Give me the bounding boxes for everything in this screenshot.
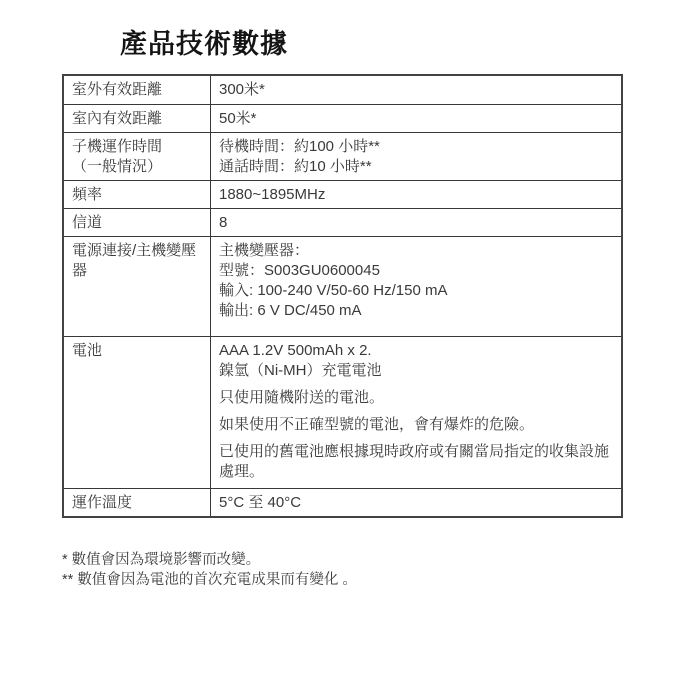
value-paragraph: 如果使用不正確型號的電池，會有爆炸的危險。 — [219, 415, 613, 435]
table-row: 室外有效距離300米* — [64, 76, 621, 104]
row-label: 頻率 — [64, 181, 211, 208]
table-row: 電源連接/主機變壓器主機變壓器： 型號：S003GU0600045 輸入: 10… — [64, 236, 621, 336]
value-paragraph: 8 — [219, 213, 613, 233]
table-row: 室內有效距離50米* — [64, 104, 621, 132]
row-label: 室外有效距離 — [64, 76, 211, 104]
row-label: 運作溫度 — [64, 489, 211, 516]
value-paragraph: 主機變壓器： 型號：S003GU0600045 輸入: 100-240 V/50… — [219, 241, 613, 321]
value-paragraph: 待機時間：約100 小時** 通話時間：約10 小時** — [219, 137, 613, 177]
row-value: 主機變壓器： 型號：S003GU0600045 輸入: 100-240 V/50… — [211, 237, 621, 336]
row-label: 室內有效距離 — [64, 105, 211, 132]
row-value: 1880~1895MHz — [211, 181, 621, 208]
table-row: 頻率1880~1895MHz — [64, 180, 621, 208]
value-paragraph: 已使用的舊電池應根據現時政府或有關當局指定的收集設施處理。 — [219, 442, 613, 482]
table-row: 信道8 — [64, 208, 621, 236]
row-value: 8 — [211, 209, 621, 236]
row-label: 電源連接/主機變壓器 — [64, 237, 211, 336]
document-page: 產品技術數據 室外有效距離300米*室內有效距離50米*子機運作時間 （一般情況… — [0, 0, 700, 700]
row-value: 待機時間：約100 小時** 通話時間：約10 小時** — [211, 133, 621, 180]
footnote-1: * 數值會因為環境影響而改變。 — [62, 550, 357, 570]
value-paragraph: 1880~1895MHz — [219, 185, 613, 205]
spec-table-body: 室外有效距離300米*室內有效距離50米*子機運作時間 （一般情況）待機時間：約… — [64, 76, 621, 516]
row-value: 50米* — [211, 105, 621, 132]
footnote-2: ** 數值會因為電池的首次充電成果而有變化 。 — [62, 570, 357, 590]
row-label: 信道 — [64, 209, 211, 236]
row-value: 300米* — [211, 76, 621, 104]
value-paragraph: 300米* — [219, 80, 613, 100]
value-paragraph: 50米* — [219, 109, 613, 129]
value-paragraph: 只使用隨機附送的電池。 — [219, 388, 613, 408]
table-row: 子機運作時間 （一般情況）待機時間：約100 小時** 通話時間：約10 小時*… — [64, 132, 621, 180]
page-title: 產品技術數據 — [120, 27, 288, 61]
footnotes: * 數值會因為環境影響而改變。 ** 數值會因為電池的首次充電成果而有變化 。 — [62, 550, 357, 590]
table-row: 運作溫度5°C 至 40°C — [64, 488, 621, 516]
table-row: 電池AAA 1.2V 500mAh x 2. 鎳氫（Ni-MH）充電電池只使用隨… — [64, 336, 621, 488]
value-paragraph: 5°C 至 40°C — [219, 493, 613, 513]
row-label: 電池 — [64, 337, 211, 488]
value-paragraph: AAA 1.2V 500mAh x 2. 鎳氫（Ni-MH）充電電池 — [219, 341, 613, 381]
row-value: AAA 1.2V 500mAh x 2. 鎳氫（Ni-MH）充電電池只使用隨機附… — [211, 337, 621, 488]
row-value: 5°C 至 40°C — [211, 489, 621, 516]
row-label: 子機運作時間 （一般情況） — [64, 133, 211, 180]
spec-table: 室外有效距離300米*室內有效距離50米*子機運作時間 （一般情況）待機時間：約… — [62, 74, 623, 518]
